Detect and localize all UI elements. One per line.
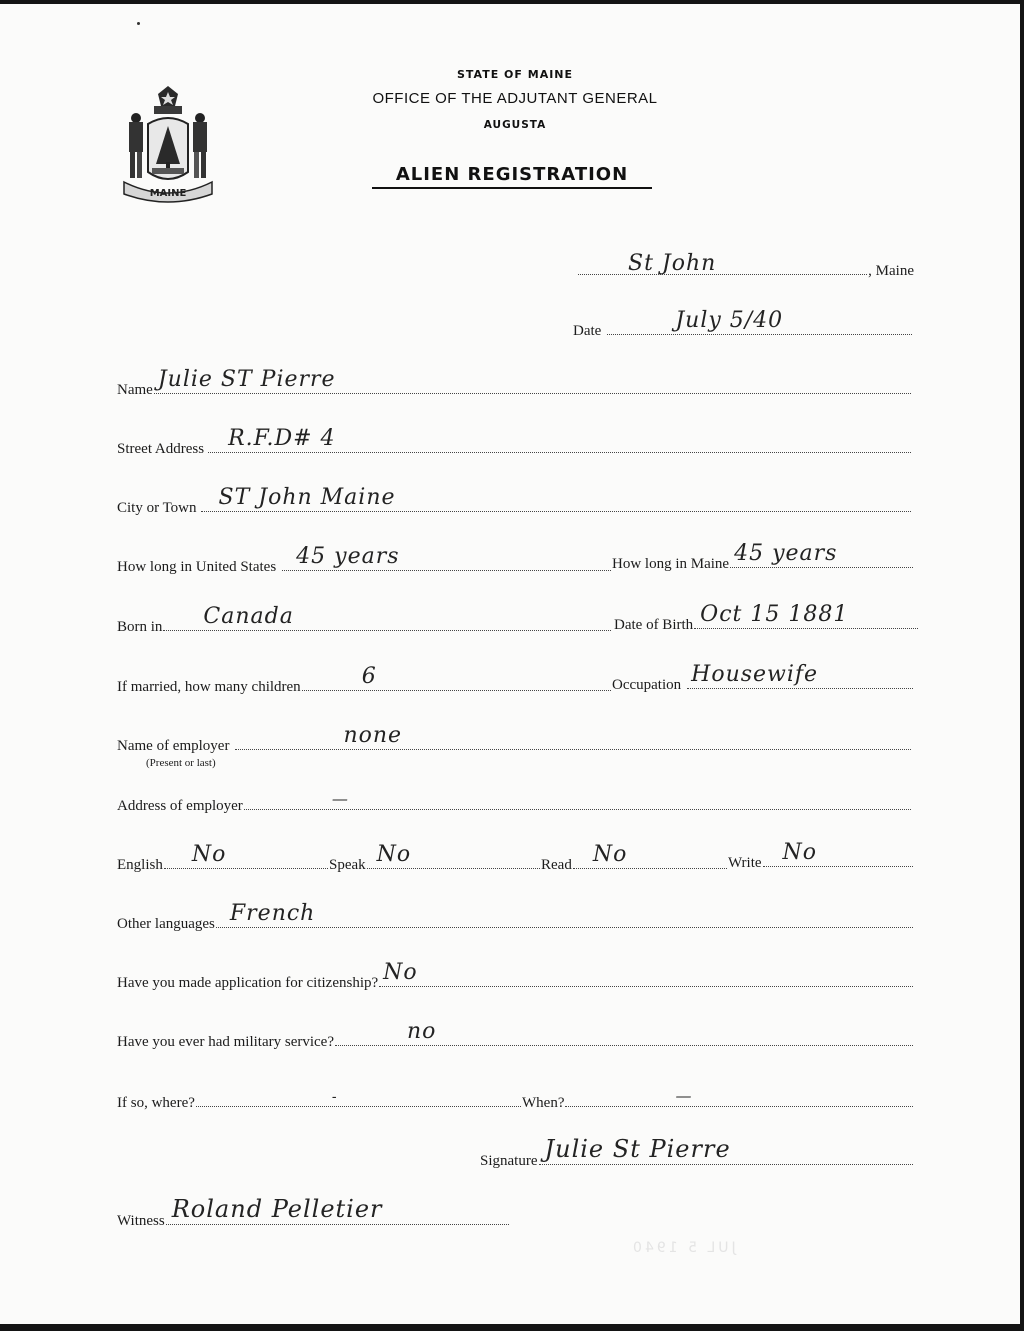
date-field[interactable]: July 5/40	[607, 320, 912, 335]
born-in-label: Born in	[117, 619, 162, 636]
how-long-maine-row: How long in Maine 45 years	[612, 553, 914, 575]
where-field[interactable]: -	[196, 1092, 521, 1107]
header-state: STATE OF MAINE	[340, 68, 690, 81]
read-row: Read No	[541, 854, 728, 876]
city-field[interactable]: ST John Maine	[201, 497, 911, 512]
speak-field[interactable]: No	[367, 854, 540, 869]
witness-value: Roland Pelletier	[172, 1195, 383, 1223]
occupation-value: Housewife	[691, 662, 818, 687]
town-row: St John , Maine	[577, 260, 914, 282]
street-address-label: Street Address	[117, 441, 204, 458]
dob-label: Date of Birth	[614, 617, 693, 634]
born-in-field[interactable]: Canada	[163, 616, 611, 631]
read-label: Read	[541, 857, 572, 874]
english-value: No	[192, 842, 227, 867]
street-address-row: Street Address R.F.D# 4	[117, 438, 912, 460]
military-label: Have you ever had military service?	[117, 1034, 334, 1051]
witness-label: Witness	[117, 1213, 165, 1230]
signature-value: Julie St Pierre	[545, 1135, 731, 1163]
other-languages-row: Other languages French	[117, 913, 914, 935]
write-value: No	[783, 840, 818, 865]
employer-name-label: Name of employer	[117, 738, 229, 755]
speak-row: Speak No	[329, 854, 541, 876]
where-label: If so, where?	[117, 1095, 195, 1112]
maine-state-seal-icon: MAINE	[118, 84, 218, 206]
read-value: No	[593, 842, 628, 867]
occupation-row: Occupation Housewife	[612, 674, 914, 696]
how-long-us-label: How long in United States	[117, 559, 276, 576]
other-languages-value: French	[230, 901, 315, 926]
born-in-row: Born in Canada	[117, 616, 612, 638]
street-address-value: R.F.D# 4	[228, 426, 335, 451]
town-field[interactable]: St John	[578, 260, 867, 275]
name-label: Name	[117, 382, 153, 399]
read-field[interactable]: No	[573, 854, 727, 869]
dob-row: Date of Birth Oct 15 1881	[614, 614, 919, 636]
svg-text:MAINE: MAINE	[150, 188, 187, 199]
write-row: Write No	[728, 852, 914, 874]
signature-row: Signature Julie St Pierre	[480, 1150, 914, 1172]
write-field[interactable]: No	[763, 852, 913, 867]
witness-field[interactable]: Roland Pelletier	[166, 1210, 509, 1225]
employer-name-field[interactable]: none	[235, 735, 911, 750]
employer-address-label: Address of employer	[117, 798, 243, 815]
dob-field[interactable]: Oct 15 1881	[694, 614, 918, 629]
town-state-label: , Maine	[868, 263, 914, 280]
employer-name-value: none	[343, 723, 402, 748]
how-long-maine-value: 45 years	[734, 541, 837, 566]
when-value: —	[675, 1086, 692, 1105]
occupation-field[interactable]: Housewife	[687, 674, 913, 689]
date-row: Date July 5/40	[573, 320, 913, 342]
born-in-value: Canada	[203, 604, 293, 629]
citizenship-value: No	[383, 960, 418, 985]
street-address-field[interactable]: R.F.D# 4	[208, 438, 911, 453]
header-city: AUGUSTA	[340, 119, 690, 131]
other-languages-field[interactable]: French	[216, 913, 913, 928]
city-row: City or Town ST John Maine	[117, 497, 912, 519]
citizenship-field[interactable]: No	[379, 972, 913, 987]
employer-address-field[interactable]: —	[244, 795, 911, 810]
occupation-label: Occupation	[612, 677, 681, 694]
how-long-us-value: 45 years	[296, 544, 399, 569]
witness-row: Witness Roland Pelletier	[117, 1210, 510, 1232]
ink-speck	[137, 22, 140, 25]
signature-label: Signature	[480, 1153, 538, 1170]
how-long-us-field[interactable]: 45 years	[282, 556, 611, 571]
city-label: City or Town	[117, 500, 197, 517]
name-value: Julie ST Pierre	[158, 367, 336, 392]
when-label: When?	[522, 1095, 564, 1112]
english-label: English	[117, 857, 163, 874]
english-row: English No	[117, 854, 329, 876]
how-long-maine-label: How long in Maine	[612, 556, 729, 573]
english-field[interactable]: No	[164, 854, 328, 869]
employer-address-row: Address of employer —	[117, 795, 912, 817]
date-value: July 5/40	[675, 308, 783, 333]
employer-name-row: Name of employer none	[117, 735, 912, 757]
employer-address-value: —	[332, 789, 349, 808]
children-label: If married, how many children	[117, 679, 301, 696]
citizenship-row: Have you made application for citizenshi…	[117, 972, 914, 994]
write-label: Write	[728, 855, 762, 872]
header-office: OFFICE OF THE ADJUTANT GENERAL	[340, 90, 690, 107]
children-field[interactable]: 6	[302, 676, 611, 691]
when-row: When? —	[522, 1092, 914, 1114]
children-value: 6	[362, 664, 377, 689]
signature-field[interactable]: Julie St Pierre	[539, 1150, 914, 1165]
military-value: no	[407, 1019, 436, 1044]
date-label: Date	[573, 323, 601, 340]
city-value: ST John Maine	[219, 485, 396, 510]
when-field[interactable]: —	[565, 1092, 913, 1107]
speak-label: Speak	[329, 857, 366, 874]
citizenship-label: Have you made application for citizenshi…	[117, 975, 378, 992]
speak-value: No	[377, 842, 412, 867]
alien-registration-form: MAINE STATE OF MAINE OFFICE OF THE ADJUT…	[0, 4, 1020, 1324]
form-title: ALIEN REGISTRATION	[372, 164, 652, 189]
children-row: If married, how many children 6	[117, 676, 612, 698]
other-languages-label: Other languages	[117, 916, 215, 933]
name-row: Name Julie ST Pierre	[117, 379, 912, 401]
employer-sublabel: (Present or last)	[146, 757, 216, 769]
town-value: St John	[628, 251, 716, 276]
how-long-us-row: How long in United States 45 years	[117, 556, 612, 578]
where-row: If so, where? -	[117, 1092, 522, 1114]
military-field[interactable]: no	[335, 1031, 913, 1046]
where-value: -	[332, 1089, 338, 1105]
dob-value: Oct 15 1881	[700, 602, 848, 627]
military-row: Have you ever had military service? no	[117, 1031, 914, 1053]
name-field[interactable]: Julie ST Pierre	[154, 379, 911, 394]
stamp-bleedthrough: JUL 5 1940	[630, 1240, 736, 1256]
how-long-maine-field[interactable]: 45 years	[730, 553, 913, 568]
